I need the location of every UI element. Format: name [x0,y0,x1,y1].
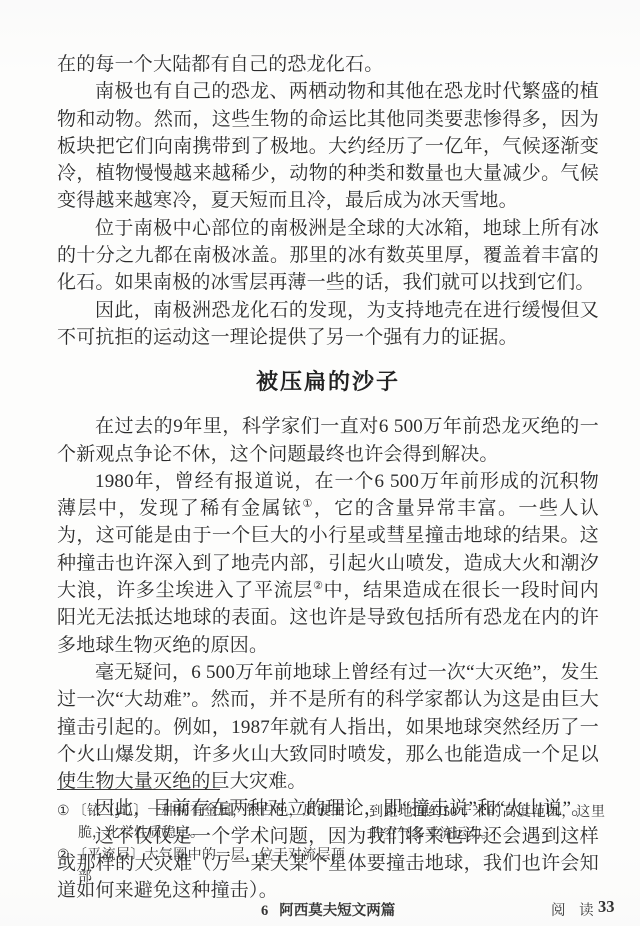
paragraph: 南极也有自己的恐龙、两栖动物和其他在恐龙时代繁盛的植物和动物。然而，这些生物的命… [57,78,599,214]
paragraph-with-footnote-refs: 1980年，曾经有报道说，在一个6 500万年前形成的沉积物薄层中，发现了稀有金… [57,468,599,659]
footnotes-section: ①〔铱（yī）〕一种稀有金属，银白色，质硬而脆，化学性质稳定。 ②〔平流层〕大气… [57,789,605,889]
footnote-divider [57,789,220,790]
paragraph-continuation: 在的每一个大陆都有自己的恐龙化石。 [57,51,599,78]
paragraph: 因此，南极洲恐龙化石的发现，为支持地壳在进行缓慢但又不可抗拒的运动这一理论提供了… [57,297,599,352]
footnote-text: 〔铱（yī）〕一种稀有金属，银白色，质硬而脆，化学性质稳定。 [73,804,345,841]
footnote-marker: ① [57,804,70,819]
footnote-text: 〔平流层〕大气圈中的一层，位于对流层顶部 [73,848,345,885]
footer-section-label: 阅 读 [551,899,599,920]
article-body: 在的每一个大陆都有自己的恐龙化石。 南极也有自己的恐龙、两栖动物和其他在恐龙时代… [57,51,599,905]
paragraph: 位于南极中心部位的南极洲是全球的大冰箱，地球上所有冰的十分之九都在南极冰盖。那里… [57,215,599,297]
footnote-ref-1: ① [303,498,314,510]
footer-lesson-number: 6 [261,903,268,919]
footer-lesson-name: 阿西莫夫短文两篇 [279,903,395,919]
footnote-marker: ② [57,848,70,863]
paragraph: 在过去的9年里，科学家们一直对6 500万年前恐龙灭绝的一个新观点争论不休，这个… [57,413,599,468]
footnote-item: ②〔平流层〕大气圈中的一层，位于对流层顶部 [57,845,345,889]
footnote-column-right: 到距地面约50千米的高度范围，这里的空气多平流运动。 [369,801,605,889]
textbook-page: 在的每一个大陆都有自己的恐龙化石。 南极也有自己的恐龙、两栖动物和其他在恐龙时代… [0,0,640,926]
footnote-item: ①〔铱（yī）〕一种稀有金属，银白色，质硬而脆，化学性质稳定。 [57,801,345,845]
paragraph: 毫无疑问，6 500万年前地球上曾经有过一次“大灭绝”，发生过一次“大劫难”。然… [57,659,599,795]
footnote-column-left: ①〔铱（yī）〕一种稀有金属，银白色，质硬而脆，化学性质稳定。 ②〔平流层〕大气… [57,801,345,889]
footnote-columns: ①〔铱（yī）〕一种稀有金属，银白色，质硬而脆，化学性质稳定。 ②〔平流层〕大气… [57,801,605,889]
footnote-ref-2: ② [313,580,324,592]
footer-lesson-title: 6阿西莫夫短文两篇 [261,899,395,920]
footnote-continuation: 到距地面约50千米的高度范围，这里的空气多平流运动。 [369,802,605,846]
footer-page-number: 33 [598,897,615,917]
page-footer: 6阿西莫夫短文两篇 阅 读 33 [0,897,640,921]
section-title: 被压扁的沙子 [57,365,599,396]
